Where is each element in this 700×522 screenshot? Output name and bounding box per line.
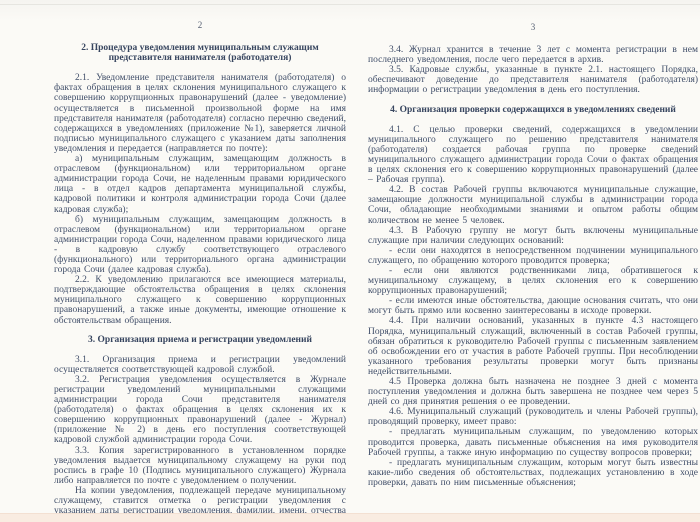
- page-3: 3 3.4. Журнал хранится в течение 3 лет с…: [368, 22, 698, 488]
- section-heading-2: 2. Процедура уведомления муниципальным с…: [54, 43, 346, 63]
- paragraph-4-6-item-2: - предлагать муниципальным служащим, кот…: [368, 458, 698, 488]
- section-heading-3: 3. Организация приема и регистрации увед…: [54, 335, 346, 345]
- paragraph-4-2: 4.2. В состав Рабочей группы включаются …: [368, 185, 698, 225]
- paragraph-2-2: 2.2. К уведомлению прилагаются все имеющ…: [54, 275, 346, 325]
- page-number: 3: [368, 22, 698, 32]
- paragraph-3-4: 3.4. Журнал хранится в течение 3 лет с м…: [368, 45, 698, 65]
- paragraph-3-3: 3.3. Копия зарегистрированного в установ…: [54, 446, 346, 486]
- paragraph-4-4: 4.4. При наличии оснований, указанных в …: [368, 316, 698, 377]
- paragraph-3-5: 3.5. Кадровые службы, указанные в пункте…: [368, 65, 698, 95]
- paragraph-3-2: 3.2. Регистрация уведомления осуществляе…: [54, 375, 346, 446]
- section-heading-4: 4. Организация проверки содержащихся в у…: [368, 105, 698, 115]
- paragraph-2-1-b: б) муниципальным служащим, замещающим до…: [54, 215, 346, 276]
- paragraph-2-1: 2.1. Уведомление представителя нанимател…: [54, 73, 346, 154]
- paragraph-4-6-item-1: - предлагать муниципальным служащим, по …: [368, 427, 698, 457]
- scan-bed-strip: [0, 513, 700, 522]
- page-2: 2 2. Процедура уведомления муниципальным…: [54, 20, 346, 522]
- paragraph-4-3: 4.3. В Рабочую группу не могут быть вклю…: [368, 226, 698, 246]
- paragraph-4-3-item-2: - если они являются родственниками лица,…: [368, 266, 698, 296]
- paragraph-4-3-item-3: - если имеются иные обстоятельства, дающ…: [368, 296, 698, 316]
- paragraph-4-1: 4.1. С целью проверки сведений, содержащ…: [368, 125, 698, 186]
- paragraph-3-1: 3.1. Организация приема и регистрации ув…: [54, 355, 346, 375]
- scan-edge-line: [0, 4, 700, 5]
- paragraph-2-1-a: а) муниципальным служащим, замещающим до…: [54, 154, 346, 215]
- page-number: 2: [54, 20, 346, 30]
- paragraph-4-3-item-1: - если они находятся в непосредственном …: [368, 246, 698, 266]
- paragraph-4-5: 4.5 Проверка должна быть назначена не по…: [368, 377, 698, 407]
- paragraph-4-6: 4.6. Муниципальный служащий (руководител…: [368, 407, 698, 427]
